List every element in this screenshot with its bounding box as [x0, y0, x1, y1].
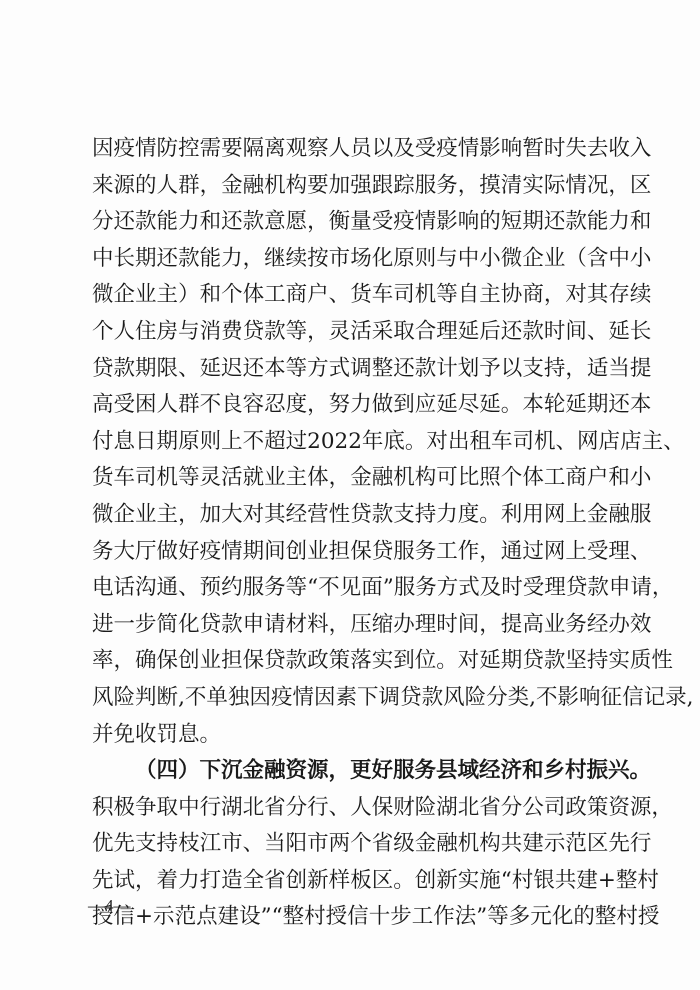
text-line: 电话沟通、预约服务等“不见面”服务方式及时受理贷款申请， [92, 570, 614, 607]
text-line: 先试，着力打造全省创新样板区。创新实施“村银共建+整村 [92, 863, 614, 900]
text-line: 因疫情防控需要隔离观察人员以及受疫情影响暂时失去收入 [92, 131, 614, 168]
text-line: 货车司机等灵活就业主体，金融机构可比照个体工商户和小 [92, 460, 614, 497]
text-line: 个人住房与消费贷款等，灵活采取合理延后还款时间、延长 [92, 314, 614, 351]
text-line: 风险判断,不单独因疫情因素下调贷款风险分类,不影响征信记录, [92, 680, 614, 717]
text-line: 并免收罚息。 [92, 717, 614, 754]
text-line: 微企业主）和个体工商户、货车司机等自主协商，对其存续 [92, 277, 614, 314]
body-text: 因疫情防控需要隔离观察人员以及受疫情影响暂时失去收入 来源的人群，金融机构要加强… [92, 131, 614, 936]
document-page: 因疫情防控需要隔离观察人员以及受疫情影响暂时失去收入 来源的人群，金融机构要加强… [0, 0, 700, 990]
text-line: 优先支持枝江市、当阳市两个省级金融机构共建示范区先行 [92, 826, 614, 863]
text-line: 率，确保创业担保贷款政策落实到位。对延期贷款坚持实质性 [92, 643, 614, 680]
text-line: 微企业主，加大对其经营性贷款支持力度。利用网上金融服 [92, 497, 614, 534]
text-line: 务大厅做好疫情期间创业担保贷服务工作，通过网上受理、 [92, 534, 614, 571]
text-line: 授信+示范点建设”“整村授信十步工作法”等多元化的整村授 [92, 899, 614, 936]
text-line: 高受困人群不良容忍度，努力做到应延尽延。本轮延期还本 [92, 387, 614, 424]
text-line: 贷款期限、延迟还本等方式调整还款计划予以支持，适当提 [92, 351, 614, 388]
text-line: 积极争取中行湖北省分行、人保财险湖北省分公司政策资源， [92, 790, 614, 827]
section-heading: （四）下沉金融资源，更好服务县域经济和乡村振兴。 [92, 753, 614, 790]
page-number: —4— [88, 896, 131, 916]
text-line: 分还款能力和还款意愿，衡量受疫情影响的短期还款能力和 [92, 204, 614, 241]
text-line: 进一步简化贷款申请材料，压缩办理时间，提高业务经办效 [92, 607, 614, 644]
text-line: 付息日期原则上不超过2022年底。对出租车司机、网店店主、 [92, 424, 614, 461]
text-line: 中长期还款能力，继续按市场化原则与中小微企业（含中小 [92, 241, 614, 278]
text-line: 来源的人群，金融机构要加强跟踪服务，摸清实际情况，区 [92, 168, 614, 205]
